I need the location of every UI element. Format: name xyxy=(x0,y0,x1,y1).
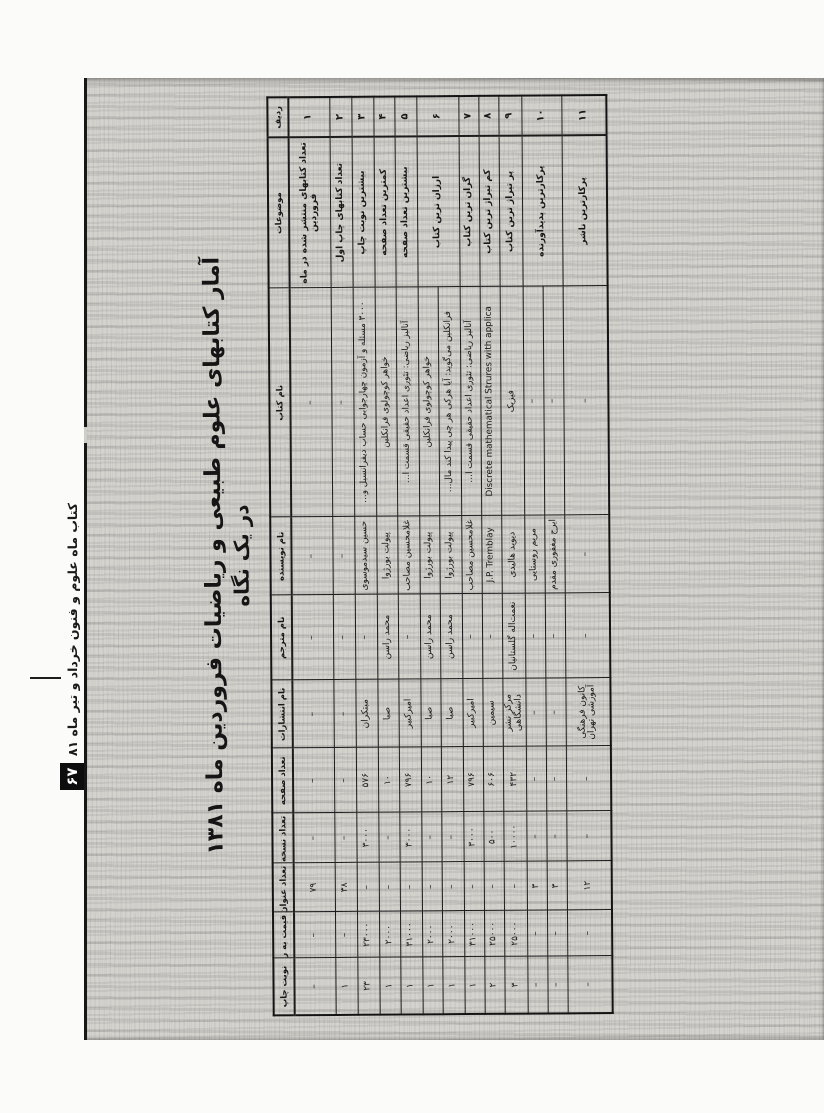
table-cell: – xyxy=(357,863,379,912)
table-cell: ۳۱۰۰۰ xyxy=(464,911,484,957)
table-cell: ۵۷۶ xyxy=(356,748,378,813)
table-cell: غلامحسین مصاحب xyxy=(461,516,482,594)
table-cell: – xyxy=(331,288,355,517)
table-cell: امیرکبیر xyxy=(398,679,420,747)
topic-cell: تعداد کتابهای منتشر شده در ماه فروردین xyxy=(289,137,331,288)
table-cell: – xyxy=(547,910,567,956)
table-header-cell: ردیف xyxy=(267,97,288,137)
table-cell: حسین سیدموسوی xyxy=(354,517,377,595)
table-cell: – xyxy=(462,594,483,679)
table-cell: دیوید هالیدی xyxy=(501,516,525,594)
table-cell: ۱ xyxy=(442,957,464,1014)
table-cell: ۱ xyxy=(379,957,400,1014)
table-cell: ۲۰۰۰ xyxy=(379,911,400,957)
table-cell: مریم روستایی xyxy=(524,515,545,593)
table-cell: ۱۰ xyxy=(421,747,441,812)
table-cell: محمد راسن xyxy=(440,594,463,679)
table-cell: ۳۰۰۰ xyxy=(399,812,421,862)
row-number-cell: ۱۰ xyxy=(521,95,561,135)
table-cell: ۱۲ xyxy=(441,747,463,812)
table-cell: – xyxy=(334,813,356,863)
table-cell: ۳۰۰۰ xyxy=(356,813,378,863)
table-cell: – xyxy=(566,811,611,861)
table-header-cell: موضوعات xyxy=(268,137,290,288)
table-cell: ۱ xyxy=(464,957,484,1014)
table-cell: امیرکبیر xyxy=(462,679,482,747)
document-subtitle: در یک نگاه xyxy=(226,91,256,1021)
row-number-cell: ۶ xyxy=(416,96,458,136)
table-cell: مرکز نشر دانشگاهی xyxy=(502,679,525,747)
topic-cell: بیشترین نوبت چاپ xyxy=(352,137,375,288)
table-cell: – xyxy=(333,680,355,748)
table-cell: – xyxy=(334,748,356,813)
table-cell: – xyxy=(441,812,463,862)
table-cell: – xyxy=(525,678,545,746)
table-cell: – xyxy=(294,958,335,1015)
table-cell: – xyxy=(290,288,333,517)
table-header-cell: نام کتاب xyxy=(269,288,292,517)
table-cell: – xyxy=(565,593,611,678)
topic-cell: تعداد کتابهای چاپ اول xyxy=(330,137,353,288)
table-cell: – xyxy=(291,517,333,595)
table-cell: – xyxy=(292,595,334,680)
table-cell: – xyxy=(526,811,546,861)
table-header-cell: تعداد صفحه xyxy=(272,748,293,813)
table-cell: – xyxy=(563,286,610,515)
table-cell: ۴۳۲ xyxy=(503,747,526,812)
table-cell: Discrete mathematical Strures with appli… xyxy=(480,287,502,516)
table-cell: – xyxy=(564,515,610,593)
table-cell: – xyxy=(442,862,464,911)
table-cell: ۱۲ xyxy=(567,861,612,910)
table-cell: مبتکران xyxy=(355,680,377,748)
topic-cell: کم تیراژ ترین کتاب xyxy=(479,136,500,287)
table-cell: پیولت بورژوا xyxy=(419,516,440,594)
table-cell: – xyxy=(335,912,357,958)
topic-cell: پر تیراژ ترین کتاب xyxy=(499,136,523,287)
table-cell: صبا xyxy=(420,679,440,747)
table-cell: آنالیز ریاضی: تئوری اعداد حقیقی قسمت ا… xyxy=(396,287,420,516)
table-cell: – xyxy=(484,862,504,911)
table-cell: ۲ xyxy=(484,957,504,1014)
table-cell: ۳ xyxy=(504,957,527,1014)
table-row: ۱تعداد کتابهای منتشر شده در ماه فروردین–… xyxy=(288,97,335,1015)
table-cell: – xyxy=(543,286,565,515)
table-cell: – xyxy=(504,862,527,911)
topic-cell: پرکارترین ناشر xyxy=(562,135,608,286)
table-cell: ۲۰۰۰ xyxy=(422,911,442,957)
table-cell: – xyxy=(332,517,355,595)
table-cell: – xyxy=(547,956,567,1013)
table-cell: ۳۸ xyxy=(335,863,357,912)
table-cell: ۳۰۰۰ xyxy=(463,812,483,862)
table-cell: – xyxy=(294,912,335,958)
table-cell: کانون فرهنگی آموزشی تهران xyxy=(565,678,610,746)
table-header-cell: تعداد نسخه xyxy=(272,813,293,863)
table-cell: غلامحسین مصاحب xyxy=(397,516,420,594)
table-cell: سیمین xyxy=(482,679,502,747)
table-row: ۱۱پرکارترین ناشر–––کانون فرهنگی آموزشی ت… xyxy=(561,95,612,1013)
table-cell: – xyxy=(400,862,422,911)
page-number-badge: ۶۷ xyxy=(60,763,84,790)
table-cell: ۲۳ xyxy=(357,958,379,1015)
table-header-cell: تعداد عنوان xyxy=(273,863,294,912)
table-cell: – xyxy=(545,593,566,678)
table-cell: – xyxy=(422,862,442,911)
table-cell: ۲۳۰۰۰ xyxy=(357,912,379,958)
table-cell: ۳۱۰۰۰ xyxy=(400,911,422,957)
table-cell: فیزیک xyxy=(500,287,525,516)
table-cell: ۱۰۰۰۰ xyxy=(503,812,526,862)
topic-cell: کمترین تعداد صفحه xyxy=(374,137,396,288)
table-header-cell: نام مترجم xyxy=(271,595,293,680)
table-cell: پیولت بورژوا xyxy=(439,516,462,594)
row-number-cell: ۵ xyxy=(394,96,416,136)
table-cell: – xyxy=(567,956,612,1013)
stats-table: ردیفموضوعاتنام کتابنام نویسندهنام مترجمن… xyxy=(266,94,613,1016)
journal-name-text: کتاب ماه علوم و فنون خرداد و تیر ماه ۸۱ xyxy=(65,503,80,756)
topic-cell: گران ترین کتاب xyxy=(459,136,480,287)
page-number: ۶۷ xyxy=(63,767,81,785)
table-cell: ۱ xyxy=(400,957,422,1014)
table-cell: خواهر کوچولوی فرانکلین xyxy=(375,288,398,517)
table-cell: – xyxy=(379,862,400,911)
table-cell: ۶۰۶ xyxy=(483,747,503,812)
page-edge-gap xyxy=(84,427,87,443)
topic-cell: پرکارترین پدیدآورنده xyxy=(522,135,563,286)
row-number-cell: ۳ xyxy=(351,97,373,137)
row-number-cell: ۴ xyxy=(373,97,394,137)
table-cell: – xyxy=(566,746,611,811)
table-header-cell: نام انتشارات xyxy=(271,680,292,748)
table-header-cell: نام نویسنده xyxy=(270,517,292,595)
table-cell: – xyxy=(525,593,546,678)
table-cell: صبا xyxy=(377,680,398,748)
topic-cell: ارزان ترین کتاب xyxy=(417,136,460,287)
table-cell: پیولت بورژوا xyxy=(376,517,398,595)
table-cell: ۵۰۰ xyxy=(483,812,503,862)
table-cell: ۳ xyxy=(547,861,567,910)
table-cell: ۷۹۶ xyxy=(463,747,483,812)
table-cell: – xyxy=(378,812,399,862)
table-cell: ۳ xyxy=(527,861,547,910)
table-cell: – xyxy=(526,746,546,811)
row-number-cell: ۱ xyxy=(288,97,329,137)
footer-tick-line xyxy=(30,677,61,679)
row-number-cell: ۸ xyxy=(478,96,498,136)
table-cell: ۷۹۶ xyxy=(399,747,421,812)
table-cell: ۲۵۰۰۰ xyxy=(504,911,527,957)
table-cell: نعمت‌اله گلستانیان xyxy=(502,594,526,679)
table-cell: ۱ xyxy=(422,957,442,1014)
table-cell: – xyxy=(523,286,545,515)
table-cell: – xyxy=(293,748,334,813)
table-cell: – xyxy=(421,812,441,862)
table-cell: – xyxy=(333,595,356,680)
table-cell: فرانکلین می‌گوید: آیا هرکی هر چی پیدا کن… xyxy=(438,287,462,516)
table-cell: – xyxy=(545,678,565,746)
table-cell: محمد راسن xyxy=(377,595,399,680)
table-cell: ۲۵۰۰۰ xyxy=(484,911,504,957)
topic-cell: بیشترین تعداد صفحه xyxy=(395,136,418,287)
row-number-cell: ۷ xyxy=(458,96,478,136)
table-body: ۱تعداد کتابهای منتشر شده در ماه فروردین–… xyxy=(288,95,612,1015)
row-number-cell: ۲ xyxy=(329,97,351,137)
table-cell: ۳۰۰۰ مسئله و آزمون چهارجوابی حساب دیفران… xyxy=(353,288,377,517)
table-cell: صبا xyxy=(440,679,462,747)
table-cell: – xyxy=(292,680,333,748)
table-cell: J.P. Tremblay xyxy=(481,516,502,594)
table-cell: – xyxy=(398,594,421,679)
rotated-content: آمار کتابهای علوم طبیعی و ریاضیات فروردی… xyxy=(152,88,643,1021)
row-number-cell: ۹ xyxy=(498,96,521,136)
table-cell: – xyxy=(546,811,566,861)
table-cell: آنالیز ریاضی: تئوری اعداد حقیقی قسمت ا… xyxy=(460,287,482,516)
table-header-cell: نوبت چاپ xyxy=(273,958,294,1015)
table-cell: – xyxy=(567,910,612,956)
table-cell: خواهر کوچولوی فرانکلین xyxy=(418,287,440,516)
table-header-cell: قیمت به ریال xyxy=(273,912,294,958)
row-number-cell: ۱۱ xyxy=(561,95,606,135)
table-cell: – xyxy=(482,594,503,679)
table-cell: – xyxy=(464,862,484,911)
table-cell: محمد راسن xyxy=(420,594,441,679)
table-cell: – xyxy=(527,956,547,1013)
table-cell: ۱ xyxy=(335,958,357,1015)
spine-label: کتاب ماه علوم و فنون خرداد و تیر ماه ۸۱ … xyxy=(58,503,86,683)
table-cell: – xyxy=(527,910,547,956)
table-cell: – xyxy=(546,746,566,811)
table-cell: – xyxy=(355,595,378,680)
table-cell: ۱۰ xyxy=(378,747,399,812)
table-cell: – xyxy=(293,813,334,863)
table-cell: ۷۹ xyxy=(294,863,335,912)
document-title: آمار کتابهای علوم طبیعی و ریاضیات فروردی… xyxy=(198,91,229,1021)
table-cell: ۲۰۰۰ xyxy=(442,911,464,957)
table-cell: ایرج مغفوری مقدم xyxy=(544,515,565,593)
